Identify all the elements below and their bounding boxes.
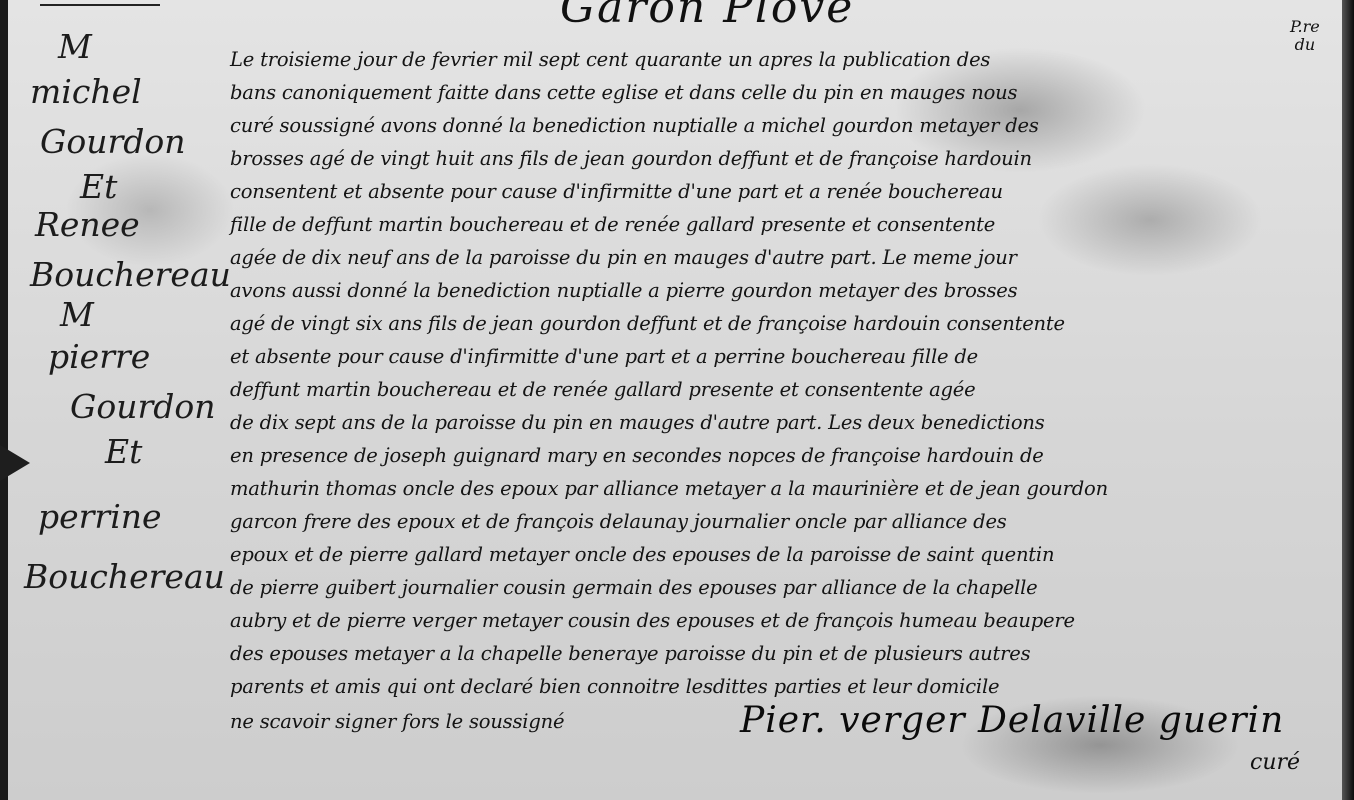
record-line: mathurin thomas oncle des epoux par alli… [230, 477, 1108, 500]
margin-line: Bouchereau [30, 258, 231, 291]
superscript-note: P.re du [1290, 18, 1320, 53]
margin-line: Renee [35, 208, 140, 241]
superscript-line: du [1290, 36, 1320, 54]
record-line: fille de deffunt martin bouchereau et de… [230, 213, 995, 236]
record-line: ne scavoir signer fors le soussigné [230, 710, 564, 733]
margin-line: Bouchereau [24, 560, 225, 593]
margin-line: M [58, 30, 92, 63]
margin-line: Gourdon [40, 125, 186, 158]
record-line: en presence de joseph guignard mary en s… [230, 444, 1044, 467]
record-line: et absente pour cause d'infirmitte d'une… [230, 345, 978, 368]
record-line: epoux et de pierre gallard metayer oncle… [230, 543, 1054, 566]
margin-line: michel [30, 75, 142, 108]
record-line: agée de dix neuf ans de la paroisse du p… [230, 246, 1017, 269]
margin-line: M [60, 298, 94, 331]
margin-pointer-mark [0, 445, 30, 481]
margin-line: pierre [48, 340, 150, 373]
margin-line: perrine [38, 500, 162, 533]
header-text: Garon Plove [560, 0, 854, 33]
register-page: Garon Plove P.re du M michel Gourdon Et … [0, 0, 1354, 800]
record-line: Le troisieme jour de fevrier mil sept ce… [230, 48, 990, 71]
top-rule [40, 4, 160, 6]
record-line: de pierre guibert journalier cousin germ… [230, 576, 1038, 599]
record-line: aubry et de pierre verger metayer cousin… [230, 609, 1075, 632]
record-line: curé soussigné avons donné la benedictio… [230, 114, 1039, 137]
record-line: agé de vingt six ans fils de jean gourdo… [230, 312, 1065, 335]
record-line: garcon frere des epoux et de françois de… [230, 510, 1007, 533]
record-line: parents et amis qui ont declaré bien con… [230, 675, 999, 698]
page-right-edge [1342, 0, 1354, 800]
page-binding-edge [0, 0, 8, 800]
record-line: deffunt martin bouchereau et de renée ga… [230, 378, 975, 401]
record-line: des epouses metayer a la chapelle benera… [230, 642, 1030, 665]
record-line: brosses agé de vingt huit ans fils de je… [230, 147, 1032, 170]
margin-line: Et [80, 170, 117, 203]
record-line: avons aussi donné la benediction nuptial… [230, 279, 1017, 302]
superscript-line: P.re [1290, 18, 1320, 36]
record-line: consentent et absente pour cause d'infir… [230, 180, 1003, 203]
margin-line: Gourdon [70, 390, 216, 423]
record-line: de dix sept ans de la paroisse du pin en… [230, 411, 1045, 434]
signature-title: curé [1250, 750, 1300, 775]
margin-line: Et [105, 435, 142, 468]
record-line: bans canoniquement faitte dans cette egl… [230, 81, 1017, 104]
priest-signature: Pier. verger Delaville guerin [740, 700, 1284, 741]
